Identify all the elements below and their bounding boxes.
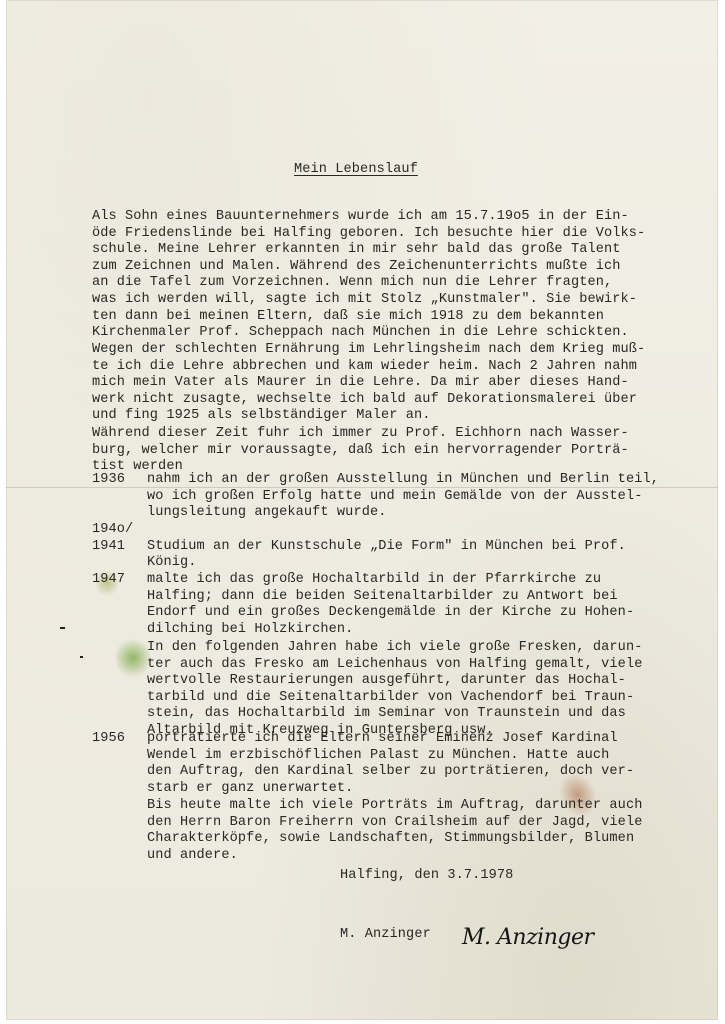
green-stain: [116, 636, 150, 680]
entry-text: malte ich das große Hochaltarbild in der…: [147, 572, 634, 638]
paragraph-apprenticeship: Wegen der schlechten Ernährung im Lehrli…: [92, 342, 712, 425]
entry-text: porträtierte ich die Eltern seiner Emine…: [147, 731, 634, 797]
document-title: Mein Lebenslauf: [294, 162, 418, 179]
entry-text: In den folgenden Jahren habe ich viele g…: [147, 640, 642, 740]
ink-mark: [80, 656, 83, 658]
entry-year: 1947: [92, 572, 125, 589]
entry-text: Bis heute malte ich viele Porträts im Au…: [147, 798, 642, 864]
entry-year: 1936: [92, 472, 125, 489]
typed-name: M. Anzinger: [340, 927, 431, 944]
entry-year: 194o/ 1941: [92, 522, 133, 555]
place-date: Halfing, den 3.7.1978: [340, 868, 513, 885]
entry-text: Studium an der Kunstschule „Die Form" in…: [147, 522, 626, 572]
entry-year: 1956: [92, 731, 125, 748]
intro-paragraph: Als Sohn eines Bauunternehmers wurde ich…: [92, 209, 712, 342]
paragraph-eichhorn: Während dieser Zeit fuhr ich immer zu Pr…: [92, 426, 712, 476]
ink-mark: [60, 627, 65, 629]
handwritten-signature: M. Anzinger: [462, 925, 593, 950]
entry-text: nahm ich an der großen Ausstellung in Mü…: [147, 472, 659, 522]
